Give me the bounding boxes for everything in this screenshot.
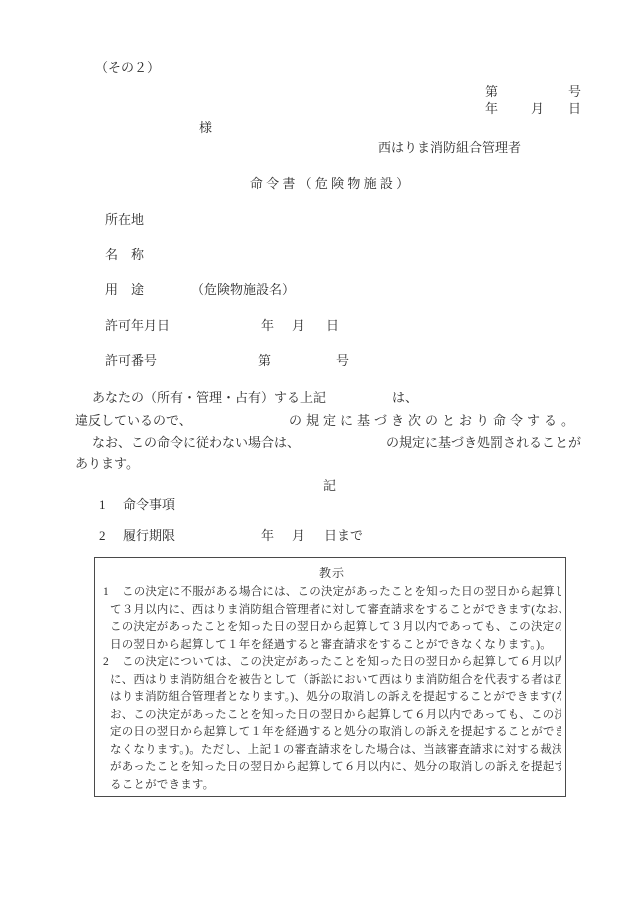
notice-box: 教示 1この決定に不服がある場合には、この決定があったことを知った日の翌日から起… xyxy=(94,557,566,797)
body-line3-part1: なお、この命令に従わない場合は、 xyxy=(92,435,300,450)
notice-heading: 教示 xyxy=(103,565,561,581)
body-line2-part2: の規定に基づき次のとおり命令する。 xyxy=(289,413,578,428)
notice-item1-line: 1この決定に不服がある場合には、この決定があったことを知った日の翌日から起算し xyxy=(103,584,561,602)
form-note: （その２） xyxy=(95,60,160,75)
permit-date-day: 日 xyxy=(326,318,339,333)
notice-item1-line: 日の翌日から起算して１年を経過すると審査請求をすることができなくなります。)。 xyxy=(103,637,561,655)
date-day-label: 日 xyxy=(568,101,581,116)
field-name-label: 名 称 xyxy=(105,247,144,262)
permit-number-label: 許可番号 xyxy=(105,353,157,368)
permit-number-prefix: 第 xyxy=(258,353,271,368)
order-item2-year: 年 xyxy=(261,528,274,543)
permit-date-year: 年 xyxy=(261,318,274,333)
notice-item2-text: この決定については、この決定があったことを知った日の翌日から起算して６月以内 xyxy=(122,656,561,668)
document-title: 命 令 書 （ 危 険 物 施 設 ） xyxy=(76,176,583,191)
order-item2-day-until: 日まで xyxy=(324,528,363,543)
body-line1-part2: は、 xyxy=(392,390,418,405)
notice-item1-number: 1 xyxy=(103,584,122,602)
addressee-honorific: 様 xyxy=(199,120,212,135)
order-item2-number: 2 xyxy=(99,528,106,543)
doc-number-prefix: 第 xyxy=(485,84,498,99)
permit-date-label: 許可年月日 xyxy=(105,318,170,333)
date-month-label: 月 xyxy=(531,101,544,116)
order-item1-label: 命令事項 xyxy=(123,497,175,512)
notice-item1-line: この決定があったことを知った日の翌日から起算して３月以内であっても、この決定の xyxy=(103,619,561,637)
notice-item2-line: はりま消防組合管理者となります。)、処分の取消しの訴えを提起することができます(… xyxy=(103,689,561,707)
field-location-label: 所在地 xyxy=(105,212,144,227)
issuer-name: 西はりま消防組合管理者 xyxy=(378,140,521,155)
order-document-page: （その２） 第 号 年 月 日 様 西はりま消防組合管理者 命 令 書 （ 危 … xyxy=(0,0,630,915)
notice-item2-line: があったことを知った日の翌日から起算して６月以内に、処分の取消しの訴えを提起す xyxy=(103,759,561,777)
notice-item2-line: なくなります。)。ただし、上記１の審査請求をした場合は、当該審査請求に対する裁決 xyxy=(103,742,561,760)
notice-item1-line: て３月以内に、西はりま消防組合管理者に対して審査請求をすることができます(なお、 xyxy=(103,602,561,620)
notice-item1-text: この決定に不服がある場合には、この決定があったことを知った日の翌日から起算し xyxy=(122,586,561,598)
permit-date-month: 月 xyxy=(292,318,305,333)
notice-item2-line: 2この決定については、この決定があったことを知った日の翌日から起算して６月以内 xyxy=(103,654,561,672)
body-line1-part1: あなたの（所有・管理・占有）する上記 xyxy=(92,390,326,405)
body-line2-part1: 違反しているので、 xyxy=(75,413,192,428)
order-item2-label: 履行期限 xyxy=(123,528,175,543)
order-item1-number: 1 xyxy=(99,497,106,512)
order-item2-month: 月 xyxy=(292,528,305,543)
notice-item2-line: に、西はりま消防組合を被告として（訴訟において西はりま消防組合を代表する者は西 xyxy=(103,672,561,690)
date-year-label: 年 xyxy=(485,101,498,116)
field-use-label: 用 途 xyxy=(105,282,144,297)
doc-number-suffix: 号 xyxy=(568,84,581,99)
body-line4: あります。 xyxy=(75,456,139,471)
section-marker: 記 xyxy=(76,478,583,493)
body-line3-part2: の規定に基づき処罰されることが xyxy=(386,435,581,450)
field-use-note: （危険物施設名） xyxy=(191,282,295,297)
notice-item2-line: お、この決定があったことを知った日の翌日から起算して６月以内であっても、この決 xyxy=(103,707,561,725)
notice-item2-line: 定の日の翌日から起算して１年を経過すると処分の取消しの訴えを提起することができ xyxy=(103,724,561,742)
permit-number-suffix: 号 xyxy=(336,353,349,368)
notice-item2-line: ることができます。 xyxy=(103,777,561,795)
notice-item2-number: 2 xyxy=(103,654,122,672)
